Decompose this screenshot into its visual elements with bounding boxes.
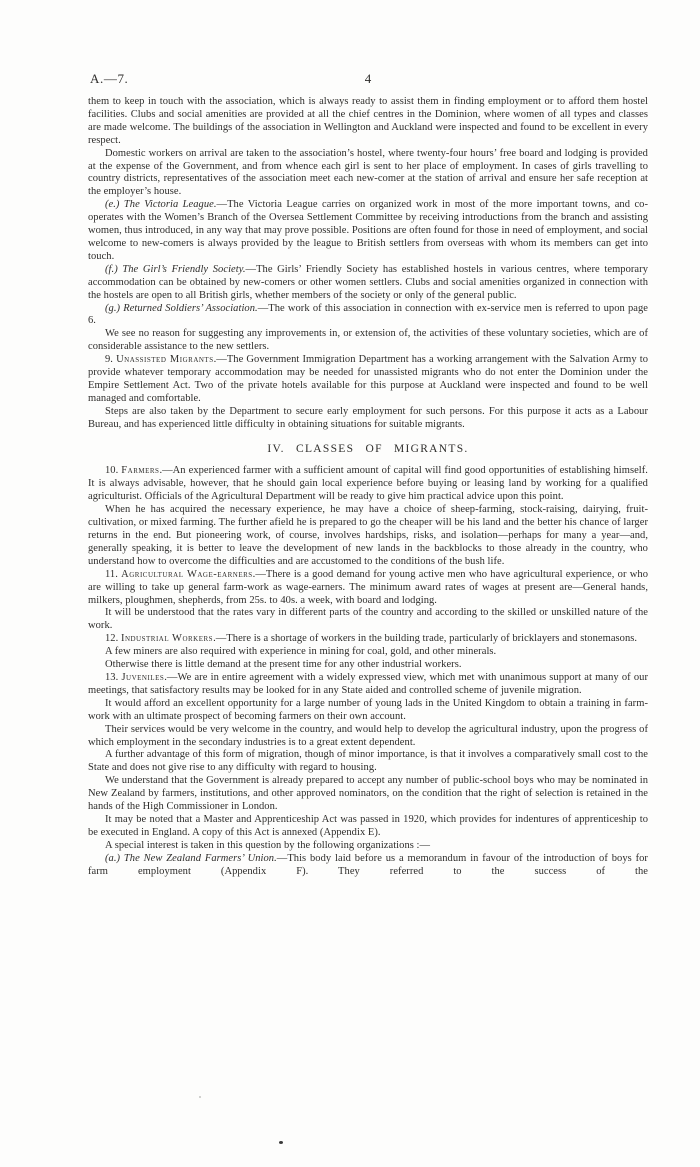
paragraph-number: 13.	[105, 672, 121, 683]
paragraph-text: .—There is a shortage of workers in the …	[213, 633, 637, 644]
section-before-heading: them to keep in touch with the associati…	[88, 96, 648, 432]
paragraph: A special interest is taken in this ques…	[88, 840, 648, 853]
paragraph-lead: Agricultural Wage-earners	[121, 569, 253, 580]
paragraph-number: 11.	[105, 569, 121, 580]
document-page: A.—7. 4 them to keep in touch with the a…	[0, 0, 700, 1167]
paragraph-text: We understand that the Government is alr…	[88, 775, 648, 812]
paragraph: It may be noted that a Master and Appren…	[88, 814, 648, 840]
paragraph-lead: (f.) The Girl’s Friendly Society.	[105, 264, 246, 275]
paragraph-text: It would afford an excellent opportunity…	[88, 698, 648, 722]
paragraph: It will be understood that the rates var…	[88, 607, 648, 633]
paragraph: Steps are also taken by the Department t…	[88, 406, 648, 432]
paragraph: 11. Agricultural Wage-earners.—There is …	[88, 569, 648, 608]
section-heading: IV. CLASSES OF MIGRANTS.	[88, 443, 648, 456]
page-header: A.—7. 4	[88, 71, 648, 91]
section-after-heading: 10. Farmers.—An experienced farmer with …	[88, 465, 648, 878]
paragraph: 10. Farmers.—An experienced farmer with …	[88, 465, 648, 504]
body-text: them to keep in touch with the associati…	[88, 96, 648, 878]
paragraph-lead: (e.) The Victoria League.	[105, 199, 217, 210]
paragraph-text: We see no reason for suggesting any impr…	[88, 328, 648, 352]
paragraph: (e.) The Victoria League.—The Victoria L…	[88, 199, 648, 264]
paragraph-text: .—We are in entire agreement with a wide…	[88, 672, 648, 696]
paragraph: 13. Juveniles.—We are in entire agreemen…	[88, 672, 648, 698]
ink-speck	[279, 1141, 283, 1144]
paragraph: (a.) The New Zealand Farmers’ Union.—Thi…	[88, 853, 648, 879]
paragraph: Otherwise there is little demand at the …	[88, 659, 648, 672]
paragraph-number: 10.	[105, 465, 121, 476]
paragraph: We see no reason for suggesting any impr…	[88, 328, 648, 354]
paragraph-text: When he has acquired the necessary exper…	[88, 504, 648, 567]
paragraph-text: .—An experienced farmer with a sufficien…	[88, 465, 648, 502]
paragraph-lead: Unassisted Migrants	[116, 354, 214, 365]
paragraph-text: Otherwise there is little demand at the …	[105, 659, 462, 670]
paragraph-number: 12.	[105, 633, 121, 644]
paragraph: It would afford an excellent opportunity…	[88, 698, 648, 724]
paragraph: (f.) The Girl’s Friendly Society.—The Gi…	[88, 264, 648, 303]
paragraph: A further advantage of this form of migr…	[88, 749, 648, 775]
paragraph-number: 9.	[105, 354, 116, 365]
paragraph: them to keep in touch with the associati…	[88, 96, 648, 148]
paragraph-lead: (g.) Returned Soldiers’ Association.	[105, 303, 258, 314]
paragraph-text: Steps are also taken by the Department t…	[88, 406, 648, 430]
paragraph-text: A few miners are also required with expe…	[105, 646, 496, 657]
paragraph-lead: (a.) The New Zealand Farmers’ Union.	[105, 853, 277, 864]
paragraph-text: them to keep in touch with the associati…	[88, 96, 648, 146]
paragraph-lead: Juveniles	[121, 672, 164, 683]
paragraph: Domestic workers on arrival are taken to…	[88, 148, 648, 200]
paragraph: We understand that the Government is alr…	[88, 775, 648, 814]
paragraph-text: A further advantage of this form of migr…	[88, 749, 648, 773]
paragraph: When he has acquired the necessary exper…	[88, 504, 648, 569]
paragraph-text: It will be understood that the rates var…	[88, 607, 648, 631]
paragraph: 12. Industrial Workers.—There is a short…	[88, 633, 648, 646]
paragraph-text: It may be noted that a Master and Appren…	[88, 814, 648, 838]
paragraph: 9. Unassisted Migrants.—The Government I…	[88, 354, 648, 406]
page-number: 4	[88, 71, 648, 87]
paragraph-text: Their services would be very welcome in …	[88, 724, 648, 748]
paragraph: (g.) Returned Soldiers’ Association.—The…	[88, 303, 648, 329]
ink-speck-faint	[199, 1096, 201, 1098]
paragraph: Their services would be very welcome in …	[88, 724, 648, 750]
paragraph-text: Domestic workers on arrival are taken to…	[88, 148, 648, 198]
paragraph-text: A special interest is taken in this ques…	[105, 840, 430, 851]
paragraph-lead: Industrial Workers	[121, 633, 213, 644]
paragraph: A few miners are also required with expe…	[88, 646, 648, 659]
paragraph-lead: Farmers	[121, 465, 159, 476]
